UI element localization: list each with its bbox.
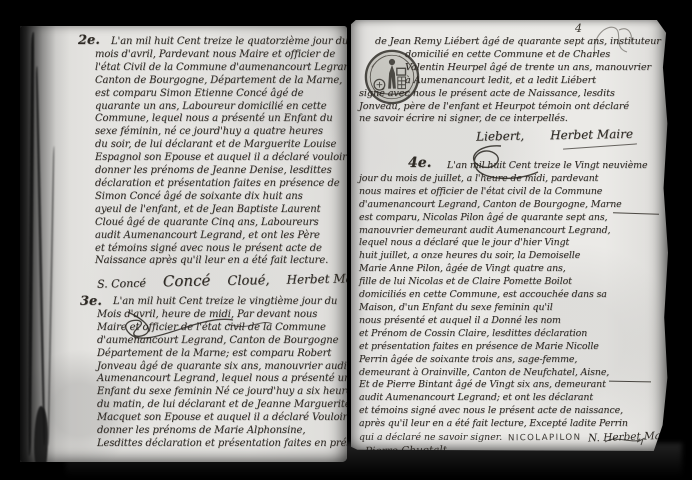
manuscript-text-line: Canton de Bourgogne, Département de la M…	[95, 75, 347, 88]
manuscript-text-line: Espagnol son Epouse et auquel il a décla…	[95, 152, 347, 165]
manuscript-text-line: ayeul de l'enfant, et de Jean Baptiste L…	[95, 204, 347, 217]
manuscript-lines: L'an mil huit Cent treize le quatorzième…	[95, 36, 347, 268]
manuscript-text-line: et présentation faites en présence de Ma…	[359, 341, 663, 354]
register-entry-2: 2e. L'an mil huit Cent treize le quatorz…	[95, 36, 347, 289]
manuscript-text-line: Jonveau âgé de quarante six ans, manouvr…	[97, 361, 347, 374]
manuscript-text-line: déclaration et présentation faites en pr…	[95, 178, 347, 191]
manuscript-text-line: Département de la Marne; est comparu Rob…	[97, 348, 347, 361]
manuscript-text-line: nous maires et officier de l'état civil …	[359, 186, 663, 199]
manuscript-text-line: après qu'il leur en a été fait lecture, …	[359, 418, 663, 431]
binding-edge	[20, 26, 70, 462]
manuscript-text-line: Marie Anne Pilon, âgée de Vingt quatre a…	[359, 263, 663, 276]
manuscript-text-line: est comparu Simon Etienne Concé âgé de	[95, 88, 347, 101]
manuscript-text-line: domicilié en cette Commune et de Charles	[359, 49, 661, 62]
register-entry-continuation: de Jean Remy Liébert âgé de quarante sep…	[359, 36, 661, 143]
manuscript-text-line: Maire et officier de l'état civil de la …	[97, 322, 347, 335]
manuscript-text-line: lequel nous a déclaré que le jour d'hier…	[359, 237, 663, 250]
manuscript-text-line: mois d'avril, Pardevant nous Maire et of…	[95, 49, 347, 62]
manuscript-text-line: Perrin âgée de soixante trois ans, sage-…	[359, 354, 663, 367]
signature-paraph-icon	[603, 432, 647, 448]
manuscript-text-line: Aumenancourt Legrand, lequel nous a prés…	[97, 373, 347, 386]
manuscript-text-line: Valentin Heurpel âgé de trente un ans, m…	[359, 62, 661, 75]
register-page-left: 2e. L'an mil huit Cent treize le quatorz…	[20, 26, 347, 462]
manuscript-text-line: du matin, de lui déclarant et de Jeanne …	[97, 399, 347, 412]
manuscript-text-line: Mois d'avril, heure de midi, Par devant …	[97, 309, 347, 322]
folio-number: 4	[575, 22, 582, 35]
manuscript-text-line: L'an mil huit Cent treize le vingtième j…	[97, 296, 347, 309]
manuscript-text-line: d'aumenancourt Legrand, Canton de Bourgo…	[97, 335, 347, 348]
manuscript-text-line: L'an mil huit Cent treize le quatorzième…	[95, 36, 347, 49]
register-entry-3: 3e. L'an mil huit Cent treize le vingtiè…	[97, 296, 347, 451]
manuscript-text-line: domiciliés en cette Commune, est accouch…	[359, 289, 663, 302]
manuscript-lines: L'an mil huit Cent treize le Vingt neuvi…	[359, 160, 663, 431]
manuscript-text-line: Lesdittes déclaration et présentation fa…	[97, 438, 347, 451]
closing-text: qui a déclaré ne savoir signer.	[359, 432, 502, 443]
entry-number: 4e.	[408, 155, 432, 171]
manuscript-text-line: et témoins signé avec nous le présent ac…	[95, 243, 347, 256]
manuscript-lines: de Jean Remy Liébert âgé de quarante sep…	[359, 36, 661, 126]
entry-number: 3e.	[80, 294, 102, 309]
manuscript-text-line: du soir, de lui déclarant et de Margueri…	[95, 139, 347, 152]
manuscript-text-line: Macquet son Epouse et auquel il a déclar…	[97, 412, 347, 425]
manuscript-text-line: ne savoir écrire ni signer, de ce interp…	[359, 113, 661, 126]
manuscript-text-line: Commune, lequel nous a présenté un Enfan…	[95, 113, 347, 126]
manuscript-text-line: fille de lui Nicolas et de Claire Pomett…	[359, 276, 663, 289]
manuscript-text-line: à Aumenancourt ledit, et a ledit Liébert	[359, 75, 661, 88]
binding-streak	[27, 32, 35, 456]
manuscript-text-line: de Jean Remy Liébert âgé de quarante sep…	[359, 36, 661, 49]
manuscript-text-line: donner les prénoms de Jeanne Denise, les…	[95, 165, 347, 178]
manuscript-text-line: donner les prénoms de Marie Alphonsine,	[97, 425, 347, 438]
manuscript-text-line: Maison, d'un Enfant du sexe feminin qu'i…	[359, 302, 663, 315]
manuscript-text-line: signé avec nous le présent acte de Naiss…	[359, 88, 661, 101]
register-entry-4: 4e. L'an mil huit Cent treize le Vingt n…	[359, 160, 663, 451]
manuscript-text-line: Cloué âgé de quarante Cinq ans, Laboureu…	[95, 217, 347, 230]
register-page-right: 4 de Jean Remy Liébert âgé de quarante s…	[351, 20, 668, 451]
binding-streak	[47, 146, 55, 446]
signature: Herbet Maire	[550, 127, 633, 142]
manuscript-text-line: Jonveau, père de l'enfant et Heurpot tém…	[359, 101, 661, 114]
manuscript-text-line: Simon Concé âgé de soixante dix huit ans	[95, 191, 347, 204]
manuscript-text-line: jour du mois de juillet, a l'heure de mi…	[359, 173, 663, 186]
entry-number: 2e.	[78, 33, 100, 48]
binding-ink-blot	[34, 406, 48, 462]
manuscript-text-line: L'an mil huit Cent treize le Vingt neuvi…	[359, 160, 663, 173]
manuscript-lines: L'an mil huit Cent treize le vingtième j…	[97, 296, 347, 451]
manuscript-text-line: d'aumenancourt Legrand, Canton de Bourgo…	[359, 199, 663, 212]
scanned-register-spread: 2e. L'an mil huit Cent treize le quatorz…	[0, 0, 692, 480]
manuscript-text-line: Naissance après qu'il leur en a été fait…	[95, 255, 347, 268]
signature: Herbet Maire	[286, 271, 347, 287]
signature: S. Concé	[97, 277, 146, 291]
manuscript-text-line: manouvrier demeurant audit Aumenancourt …	[359, 225, 663, 238]
manuscript-text-line: audit Aumenancourt Legrand, et ont les P…	[95, 230, 347, 243]
manuscript-text-line: et Prénom de Cossin Claire, lesdittes dé…	[359, 328, 663, 341]
manuscript-text-line: audit Aumenancourt Legrand; et ont les d…	[359, 392, 663, 405]
manuscript-text-line: nous présenté et auquel il a Donné les n…	[359, 315, 663, 328]
manuscript-text-line: sexe féminin, né ce jourd'huy a quatre h…	[95, 126, 347, 139]
signature-row: S. Concé Concé Cloué, Herbet Maire	[95, 269, 347, 292]
manuscript-text-line: quarante un ans, Laboureur domicilié en …	[95, 101, 347, 114]
manuscript-text-line: huit juillet, a onze heures du soir, la …	[359, 250, 663, 263]
signature: Concé	[163, 272, 211, 291]
signature: Cloué,	[227, 273, 269, 289]
manuscript-text-line: l'état Civil de la Commune d'aumenancour…	[95, 62, 347, 75]
underline-stroke	[563, 143, 637, 149]
manuscript-text-line: et témoins signé avec nous le présent ac…	[359, 405, 663, 418]
binding-streak	[36, 66, 46, 446]
manuscript-text-line: demeurant à Orainville, Canton de Neufch…	[359, 367, 663, 380]
manuscript-text-line: Enfant du sexe feminin Né ce jourd'huy a…	[97, 386, 347, 399]
